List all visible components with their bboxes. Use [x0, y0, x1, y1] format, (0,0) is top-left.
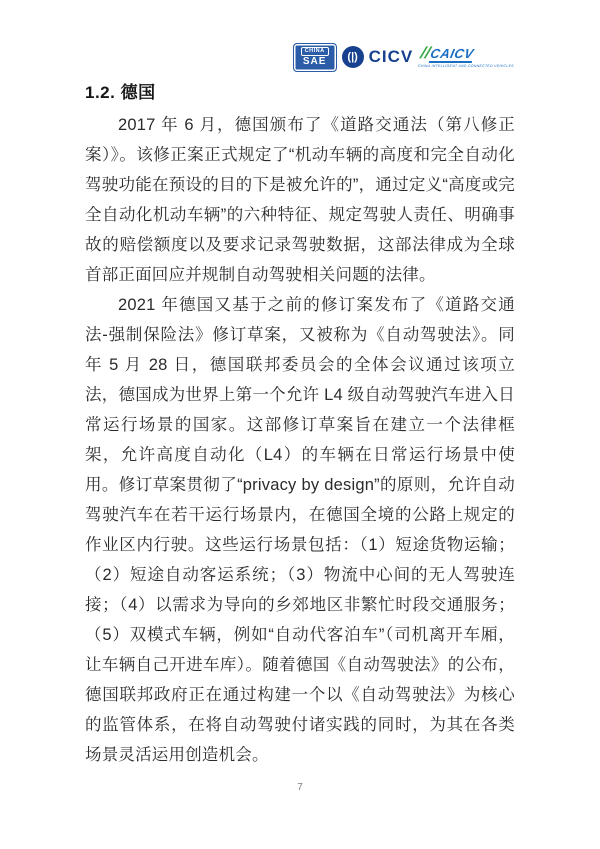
document-page: CHINA SAE (|) CICV // CAICV CHINA INTELL…: [0, 0, 600, 849]
china-sae-logo: CHINA SAE: [293, 43, 337, 72]
cicv-emblem-icon: (|): [342, 46, 364, 68]
caicv-logo: // CAICV CHINA INTELLIGENT AND CONNECTED…: [418, 46, 518, 68]
paragraph-2: 2021 年德国又基于之前的修订案发布了《道路交通法-强制保险法》修订草案，又被…: [85, 290, 515, 770]
caicv-logo-word: CAICV: [429, 47, 475, 63]
paragraph-1: 2017 年 6 月，德国颁布了《道路交通法（第八修正案）》。该修正案正式规定了…: [85, 110, 515, 290]
cicv-logo-text: CICV: [369, 47, 414, 67]
section-heading: 1.2. 德国: [85, 78, 515, 103]
caicv-logo-subline: CHINA INTELLIGENT AND CONNECTED VEHICLES: [418, 64, 515, 68]
header-logos: CHINA SAE (|) CICV // CAICV CHINA INTELL…: [293, 42, 516, 72]
china-sae-logo-bottom-label: SAE: [303, 57, 327, 67]
page-number: 7: [0, 782, 600, 793]
body-text: 2017 年 6 月，德国颁布了《道路交通法（第八修正案）》。该修正案正式规定了…: [85, 110, 515, 770]
china-sae-logo-top-label: CHINA: [301, 47, 329, 56]
